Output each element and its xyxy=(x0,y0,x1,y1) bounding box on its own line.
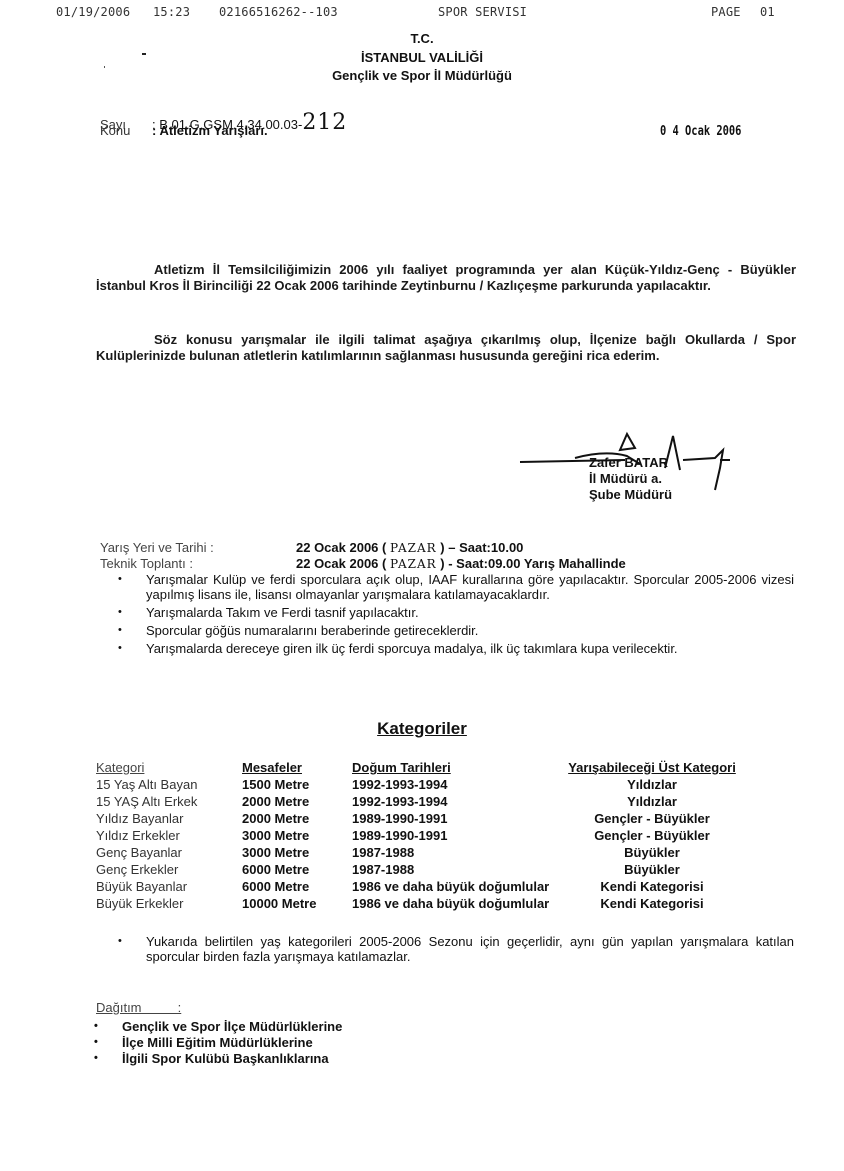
venue-label: Yarış Yeri ve Tarihi : xyxy=(100,540,296,555)
table-row: Yıldız Erkekler3000 Metre1989-1990-1991G… xyxy=(96,827,752,844)
fax-date: 01/19/2006 xyxy=(56,5,130,19)
table-row: 15 Yaş Altı Bayan1500 Metre1992-1993-199… xyxy=(96,776,752,793)
table-row: Genç Erkekler6000 Metre1987-1988Büyükler xyxy=(96,861,752,878)
rules-list: Yarışmalar Kulüp ve ferdi sporculara açı… xyxy=(112,572,794,659)
meeting-line: Teknik Toplantı :22 Ocak 2006 ( PAZAR ) … xyxy=(100,556,626,572)
venue-day: PAZAR xyxy=(390,541,437,555)
meeting-time: ) - Saat:09.00 Yarış Mahallinde xyxy=(440,556,625,571)
fax-page-number: 01 xyxy=(760,5,775,19)
table-row: Genç Bayanlar3000 Metre1987-1988Büyükler xyxy=(96,844,752,861)
table-row: 15 YAŞ Altı Erkek2000 Metre1992-1993-199… xyxy=(96,793,752,810)
header-kategori: Kategori xyxy=(96,760,242,776)
categories-note: Yukarıda belirtilen yaş kategorileri 200… xyxy=(112,934,794,964)
categories-title: Kategoriler xyxy=(0,719,844,739)
body-paragraph-1: Atletizm İl Temsilciliğimizin 2006 yılı … xyxy=(96,262,796,294)
categories-header-row: Kategori Mesafeler Doğum Tarihleri Yarış… xyxy=(96,760,752,776)
konu-value: : Atletizm Yarışları. xyxy=(152,123,268,138)
meeting-date: 22 Ocak 2006 ( xyxy=(296,556,386,571)
table-row: Büyük Bayanlar6000 Metre1986 ve daha büy… xyxy=(96,878,752,895)
meeting-label: Teknik Toplantı : xyxy=(100,556,296,571)
distribution-item: Gençlik ve Spor İlçe Müdürlüklerine xyxy=(88,1019,488,1034)
categories-note-list: Yukarıda belirtilen yaş kategorileri 200… xyxy=(112,934,794,967)
venue-date: 22 Ocak 2006 ( xyxy=(296,540,386,555)
letterhead-valilik: İSTANBUL VALİLİĞİ xyxy=(0,50,844,65)
meeting-day: PAZAR xyxy=(390,557,437,571)
header-ust-kategori: Yarışabileceği Üst Kategori xyxy=(552,760,752,776)
fax-page-label: PAGE xyxy=(711,5,741,19)
signature-title-2: Şube Müdürü xyxy=(589,487,672,503)
distribution-label: Dağıtım : xyxy=(96,1000,181,1015)
header-dogum-tarihleri: Doğum Tarihleri xyxy=(352,760,552,776)
venue-line: Yarış Yeri ve Tarihi :22 Ocak 2006 ( PAZ… xyxy=(100,540,523,556)
distribution-item: İlgili Spor Kulübü Başkanlıklarına xyxy=(88,1051,488,1066)
konu-label: Konu xyxy=(100,123,152,138)
rule-item: Yarışmalarda dereceye giren ilk üç ferdi… xyxy=(112,641,794,656)
header-mesafeler: Mesafeler xyxy=(242,760,352,776)
rule-item: Yarışmalar Kulüp ve ferdi sporculara açı… xyxy=(112,572,794,602)
table-row: Yıldız Bayanlar2000 Metre1989-1990-1991G… xyxy=(96,810,752,827)
rule-item: Sporcular göğüs numaralarını beraberinde… xyxy=(112,623,794,638)
rule-item: Yarışmalarda Takım ve Ferdi tasnif yapıl… xyxy=(112,605,794,620)
categories-table: Kategori Mesafeler Doğum Tarihleri Yarış… xyxy=(96,760,752,912)
signature-title-1: İl Müdürü a. xyxy=(589,471,662,487)
body-paragraph-2: Söz konusu yarışmalar ile ilgili talimat… xyxy=(96,332,796,364)
distribution-item: İlçe Milli Eğitim Müdürlüklerine xyxy=(88,1035,488,1050)
distribution-list: Gençlik ve Spor İlçe Müdürlüklerine İlçe… xyxy=(88,1019,488,1067)
sayi-handwritten: 212 xyxy=(302,110,347,135)
letterhead-mudurluk: Gençlik ve Spor İl Müdürlüğü xyxy=(0,68,844,83)
signature-name: Zafer BATAR xyxy=(589,455,668,471)
konu-line: Konu: Atletizm Yarışları. xyxy=(100,123,268,138)
fax-number: 02166516262--103 xyxy=(219,5,338,19)
fax-sender: SPOR SERVISI xyxy=(438,5,527,19)
venue-time: ) – Saat:10.00 xyxy=(440,540,523,555)
date-stamp: 0 4 Ocak 2006 xyxy=(660,124,741,139)
table-row: Büyük Erkekler10000 Metre1986 ve daha bü… xyxy=(96,895,752,912)
fax-time: 15:23 xyxy=(153,5,190,19)
letterhead-tc: T.C. xyxy=(0,31,844,46)
